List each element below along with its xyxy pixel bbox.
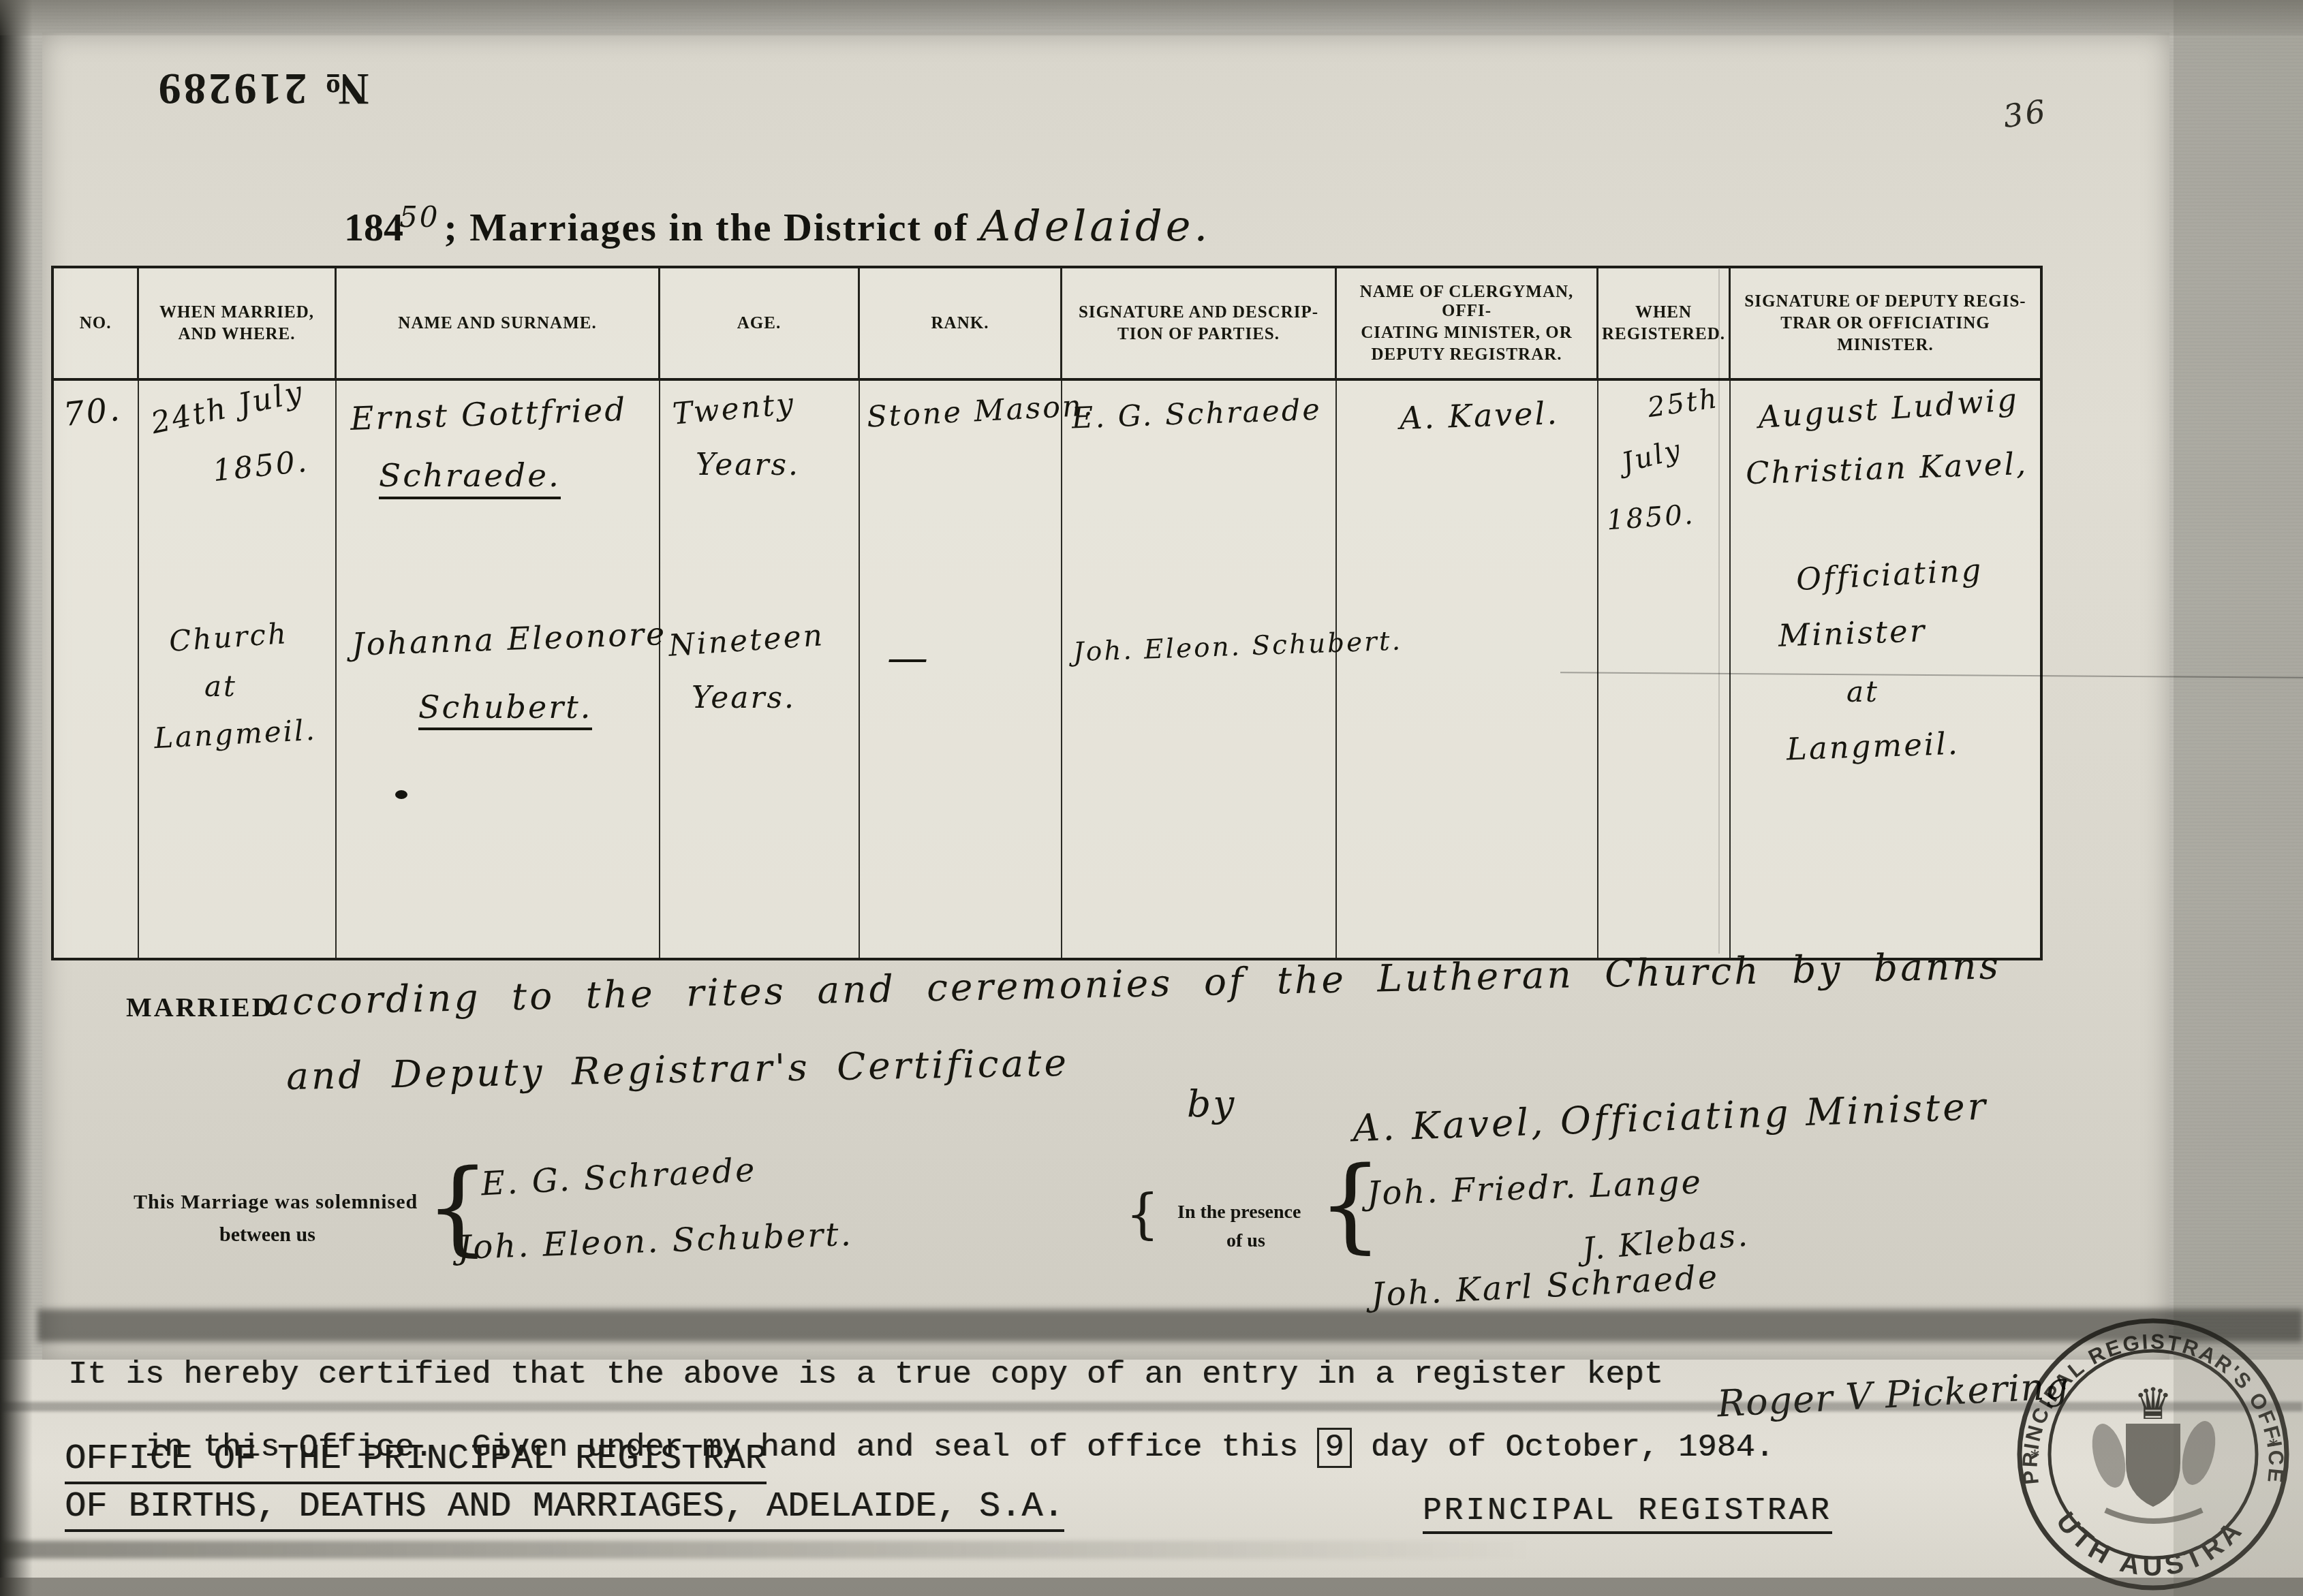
header-line: CIATING MINISTER, OR (1361, 324, 1573, 343)
header-line: NAME AND SURNAME. (398, 314, 596, 333)
cell-age: Twenty Years. Nineteen Years. (660, 381, 860, 958)
marriage-date-line: 24th July (148, 375, 307, 441)
title-year-handwritten: 50 (399, 200, 439, 234)
scan-artifact-left-edge (0, 0, 33, 1596)
title-district-handwritten: Adelaide. (980, 201, 1211, 251)
header-line: WHEN (1635, 303, 1692, 322)
header-line: REGISTERED. (1602, 325, 1725, 344)
deputy-signature-line: Christian Kavel, (1745, 445, 2028, 491)
married-label: MARRIED (126, 991, 274, 1023)
office-line2: OF BIRTHS, DEATHS AND MARRIAGES, ADELAID… (65, 1486, 1064, 1532)
title-text: ; Marriages in the District of (444, 205, 980, 249)
groom-surname: Schraede. (379, 457, 561, 499)
marriage-date-line: 1850. (211, 444, 311, 488)
header-line: WHEN MARRIED, (159, 303, 314, 322)
witness-left-brace: { (1126, 1184, 1160, 1245)
seal-supporter-right (2176, 1418, 2221, 1488)
registered-date-line: 1850. (1606, 499, 1696, 537)
solemnised-label-line: This Marriage was solemnised (134, 1191, 418, 1214)
seal-scroll-base (2105, 1510, 2202, 1521)
seal-separator-left: * (2030, 1445, 2040, 1467)
header-line: RANK. (931, 314, 989, 333)
groom-name-line: Ernst Gottfried (350, 391, 628, 438)
marriage-place-line: Church (168, 616, 290, 658)
seal-supporter-left (2086, 1420, 2131, 1491)
groom-age-line: Twenty (671, 386, 797, 432)
certification-day-boxed: 9 (1317, 1428, 1351, 1468)
header-cell-deputy-signature: SIGNATURE OF DEPUTY REGIS- TRAR OR OFFIC… (1731, 268, 2040, 381)
marriage-place-line: at (204, 670, 237, 703)
groom-rank: Stone Mason. (866, 388, 1096, 434)
office-line1: OFFICE OF THE PRINCIPAL REGISTRAR (65, 1439, 767, 1484)
header-line: AGE. (737, 314, 781, 333)
header-line: TION OF PARTIES. (1117, 325, 1280, 344)
corner-annotation: 36 (2001, 93, 2050, 135)
header-cell-age: AGE. (660, 268, 860, 381)
bride-name-line: Johanna Eleonore (351, 615, 667, 663)
witness-label-line: of us (1226, 1230, 1265, 1252)
deputy-signature-line: at (1846, 675, 1879, 708)
bride-rank-dash: — (887, 634, 930, 682)
marriage-place-line: Langmeil. (153, 713, 318, 755)
witness-label-line: In the presence (1177, 1202, 1301, 1223)
deputy-signature-line: Officiating (1795, 552, 1984, 597)
deputy-signature-line: Minister (1778, 612, 1927, 654)
married-clause-by: by (1187, 1082, 1236, 1125)
bride-age-line: Nineteen (668, 618, 826, 663)
cell-rank: Stone Mason. — (860, 381, 1062, 958)
header-line: SIGNATURE OF DEPUTY REGIS- (1744, 292, 2026, 311)
registered-date-line: 25th (1645, 383, 1720, 424)
header-cell-rank: RANK. (860, 268, 1062, 381)
seal-crown-icon: ♛ (2133, 1379, 2172, 1430)
groom-signature: E. G. Schraede (1071, 393, 1322, 436)
cell-deputy-signature: August Ludwig Christian Kavel, Officiati… (1731, 381, 2040, 958)
title-year-printed: 184 (344, 205, 403, 249)
cell-clergyman: A. Kavel. (1337, 381, 1598, 958)
header-cell-when-married: WHEN MARRIED, AND WHERE. (139, 268, 337, 381)
header-line: SIGNATURE AND DESCRIP- (1079, 303, 1318, 322)
scan-artifact-top-band (0, 0, 2303, 35)
header-line: NAME OF CLERGYMAN, OFFI- (1341, 283, 1592, 321)
bride-surname: Schubert. (418, 689, 592, 730)
solemnised-label-line: between us (219, 1223, 315, 1247)
registered-date-line: July (1619, 434, 1686, 479)
principal-registrar-label: PRINCIPAL REGISTRAR (1423, 1493, 1832, 1534)
header-line: NO. (80, 314, 112, 333)
header-cell-clergyman: NAME OF CLERGYMAN, OFFI- CIATING MINISTE… (1337, 268, 1598, 381)
deputy-signature-line: August Ludwig (1757, 381, 2020, 436)
certification-line2-post: day of October, 1984. (1352, 1430, 1775, 1466)
certificate-title: 18450; Marriages in the District of Adel… (344, 201, 1211, 251)
header-cell-no: NO. (54, 268, 139, 381)
header-line: DEPUTY REGISTRAR. (1371, 345, 1562, 364)
entry-number: 70. (61, 390, 123, 435)
header-line: AND WHERE. (178, 325, 295, 344)
cell-signature-parties: E. G. Schraede Joh. Eleon. Schubert. (1062, 381, 1337, 958)
registration-number-stamp: № 219289 (112, 53, 412, 114)
header-line: MINISTER. (1837, 336, 1934, 355)
header-cell-when-registered: WHEN REGISTERED. (1598, 268, 1731, 381)
header-cell-signature-parties: SIGNATURE AND DESCRIP- TION OF PARTIES. (1062, 268, 1337, 381)
header-cell-name-surname: NAME AND SURNAME. (337, 268, 660, 381)
official-seal: PRINCIPAL REGISTRAR'S OFFICE SOUTH AUSTR… (2007, 1311, 2300, 1596)
cell-when-registered: 25th July 1850. (1598, 381, 1731, 958)
seal-shield-icon (2126, 1424, 2180, 1507)
scanned-marriage-certificate: № 219289 36 18450; Marriages in the Dist… (0, 0, 2303, 1596)
cell-name-surname: Ernst Gottfried Schraede. Johanna Eleono… (337, 381, 660, 958)
cell-when-married: 24th July 1850. Church at Langmeil. (139, 381, 337, 958)
deputy-signature-line: Langmeil. (1786, 725, 1960, 768)
seal-separator-right: * (2268, 1434, 2278, 1456)
marriage-register-table: NO. WHEN MARRIED, AND WHERE. NAME AND SU… (51, 266, 2043, 960)
bride-age-line: Years. (692, 680, 796, 715)
clergyman-name: A. Kavel. (1399, 394, 1560, 437)
groom-age-line: Years. (696, 448, 800, 482)
header-line: TRAR OR OFFICIATING (1780, 314, 1990, 333)
certification-line1: It is hereby certified that the above is… (68, 1357, 1663, 1393)
cell-no: 70. (54, 381, 139, 958)
